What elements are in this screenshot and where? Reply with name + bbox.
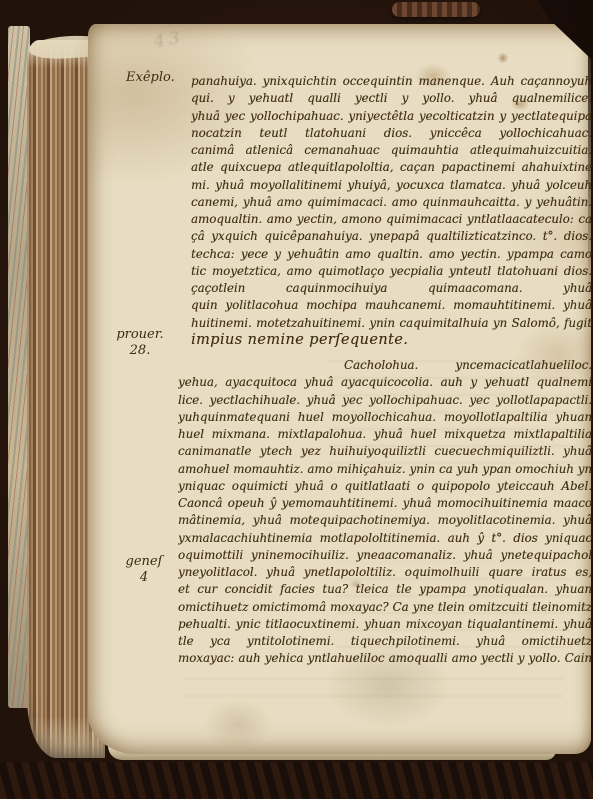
manuscript-line: techca: yece y yehuâtin amo qualtin. amo…	[191, 246, 592, 263]
margin-note-proverbs: prouer. 28.	[116, 327, 164, 358]
spine-headband	[392, 2, 480, 17]
manuscript-line: panahuiya. ynixquichtin occequintin mane…	[191, 73, 592, 90]
manuscript-line: yxmalacachiuhtinemia motlapololtitinemia…	[178, 530, 592, 547]
manuscript-line: et cur concidit facies tua? tleica tle y…	[178, 581, 592, 598]
manuscript-line: omictihuetz omictimomâ moxayac? Ca yne t…	[178, 599, 592, 616]
margin-note-proverbs-book: prouer.	[116, 327, 164, 343]
manuscript-line: mi. yhuâ moyollalitinemi yhuiyâ, yocuxca…	[191, 177, 592, 194]
manuscript-line: Caoncâ opeuh ŷ yemomauhtitinemi. yhuâ mo…	[178, 495, 592, 512]
margin-note-genesis-chapter: 4	[122, 570, 166, 586]
manuscript-line: yniquac oquimicti yhuâ o quitlatlaati o …	[178, 478, 592, 495]
manuscript-line: Cacholohua. yncemacicatlahueliloc. teixp…	[178, 357, 592, 374]
margin-note-genesis: geneſ 4	[122, 554, 166, 585]
manuscript-line: moxayac: auh yehica yntlahueliloc amoqua…	[178, 650, 592, 667]
manuscript-line: oquimottili yninemocihuiliz. yneaacomana…	[178, 547, 592, 564]
manuscript-line: quin yolitlacohua mochipa mauhcanemi. mo…	[191, 297, 592, 314]
manuscript-line: nocatzin teutl tlatohuani dios. yniccêca…	[191, 125, 592, 142]
manuscript-line: huitinemi. motetzahuitinemi. ynin caquim…	[191, 315, 592, 332]
manuscript-line: yehua, ayacquitoca yhuâ ayacquicocolia. …	[178, 374, 592, 391]
manuscript-line: çâ yxquich quicêpanahuiya. ynepapâ qualt…	[191, 228, 592, 245]
manuscript-line: canimâ atlenicâ cemanahuac quimauhtia at…	[191, 142, 592, 159]
manuscript-line: yuhquinmatequani huel moyollochicahua. m…	[178, 409, 592, 426]
ink-showthrough	[183, 669, 563, 697]
manuscript-line: huel mixmana. mixtlapalohua. yhuâ huel m…	[178, 426, 592, 443]
manuscript-line: çaçotlein caquinmocihuiya quimaacomana. …	[191, 280, 592, 297]
manuscript-line: canemi, yhuâ amo quimimacaci. amo quinma…	[191, 194, 592, 211]
manuscript-line: yneyolitlacol. yhuâ ynetlapololtiliz. oq…	[178, 564, 592, 581]
margin-note-genesis-book: geneſ	[122, 554, 166, 570]
paragraph-1: panahuiya. ynixquichtin occequintin mane…	[178, 73, 592, 349]
manuscript-line: impius nemine perſequente.	[191, 332, 592, 349]
manuscript-line: pehualti. ynic titlaocuxtinemi. yhuan mi…	[178, 616, 592, 633]
manuscript-line: tle yca yntitolotinemi. tiquechpilotinem…	[178, 633, 592, 650]
book-photo: 43 Exêplo. prouer. 28. geneſ 4 panahuiya…	[0, 0, 593, 799]
manuscript-line: lice. yectlachihuale. yhuâ yec yollochip…	[178, 392, 592, 409]
paragraph-2: Cacholohua. yncemacicatlahueliloc. teixp…	[178, 357, 592, 668]
manuscript-line: amohuel momauhtiz. amo mihiçahuiz. ynin …	[178, 461, 592, 478]
manuscript-line: tic moyetztica, amo quimotlaço yecpialia…	[191, 263, 592, 280]
manuscript-line: mâtinemia, yhuâ motequipachotinemiya. mo…	[178, 512, 592, 529]
cover-bottom	[0, 762, 593, 799]
manuscript-line: amoqualtin. amo yectin, amono quimimacac…	[191, 211, 592, 228]
margin-note-proverbs-chapter: 28.	[116, 343, 164, 359]
margin-note-exemplo: Exêplo.	[126, 70, 175, 86]
manuscript-line: canimanatle ytech yez huihuiyoquiliztli …	[178, 443, 592, 460]
manuscript-line: atle quixcuepa atlequitlapololtia, caçan…	[191, 159, 592, 176]
manuscript-text-block: panahuiya. ynixquichtin occequintin mane…	[178, 73, 592, 668]
manuscript-line: qui. y yehuatl qualli yectli y yollo. yh…	[191, 90, 592, 107]
manuscript-line: yhuâ yec yollochipahuac. yniyectêtla yec…	[191, 108, 592, 125]
